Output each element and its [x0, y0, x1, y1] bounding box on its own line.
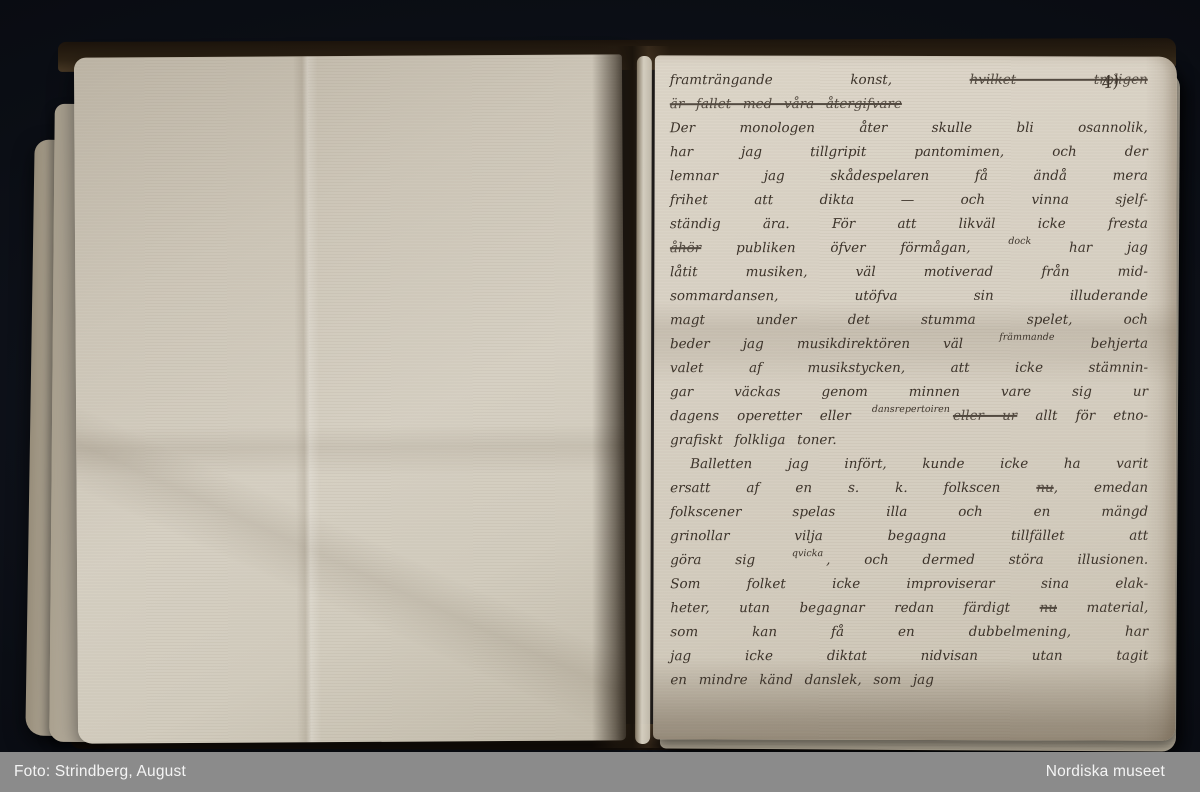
handwritten-text: folkscener spelas illa och en mängd: [670, 504, 1148, 520]
manuscript-line: ständig ära. För att likväl icke fresta: [670, 212, 1148, 236]
manuscript-line: åhör publiken öfver förmågan, dock har j…: [670, 236, 1148, 260]
handwritten-text: grafiskt folkliga toner.: [670, 432, 837, 448]
museum-name-label: Nordiska museet: [1046, 763, 1165, 781]
handwritten-text: Som folket icke improviserar sina elak-: [670, 576, 1148, 592]
manuscript-line: har jag tillgripit pantomimen, och der: [670, 140, 1148, 164]
manuscript-line: jag icke diktat nidvisan utan tagit: [670, 644, 1148, 668]
manuscript-line: beder jag musikdirektören väl främmande …: [670, 332, 1148, 356]
gutter-page-curl-highlight: [635, 56, 652, 744]
manuscript-line: en mindre känd danslek, som jag: [670, 668, 1148, 692]
handwritten-text: som kan få en dubbelmening, har: [670, 624, 1148, 640]
left-page-fold-creases: [74, 54, 626, 743]
handwritten-text: sommardansen, utöfva sin illuderande: [670, 288, 1148, 304]
handwritten-text: Der monologen åter skulle bli osannolik,: [670, 120, 1148, 136]
manuscript-line: valet af musikstycken, att icke stämnin-: [670, 356, 1148, 380]
manuscript-line: framträngande konst, hvilket troligen: [670, 68, 1148, 92]
manuscript-line: grafiskt folkliga toner.: [670, 428, 1148, 452]
manuscript-text: framträngande konst, hvilket troligenär …: [670, 68, 1149, 692]
handwritten-text: frihet att dikta — och vinna sjelf-: [670, 192, 1148, 208]
handwritten-text: behjerta: [1057, 336, 1148, 352]
blank-left-page: [74, 54, 626, 743]
handwritten-text: Balletten jag infört, kunde icke ha vari…: [690, 456, 1148, 472]
manuscript-line: göra sig qvicka, och dermed störa illusi…: [670, 548, 1148, 572]
manuscript-line: frihet att dikta — och vinna sjelf-: [670, 188, 1148, 212]
photographer-credit-label: Foto: Strindberg, August: [14, 763, 186, 781]
manuscript-line: ersatt af en s. k. folkscen nu, emedan: [670, 476, 1148, 500]
manuscript-line: magt under det stumma spelet, och: [670, 308, 1148, 332]
struck-through-text: hvilket troligen: [970, 72, 1148, 88]
manuscript-line: är fallet med våra återgifvare: [670, 92, 1148, 116]
handwritten-text: låtit musiken, väl motiverad från mid-: [670, 264, 1148, 280]
handwritten-text: en mindre känd danslek, som jag: [670, 672, 934, 688]
handwritten-text: lemnar jag skådespelaren få ändå mera: [670, 168, 1148, 184]
handwritten-text: ständig ära. För att likväl icke fresta: [670, 216, 1148, 232]
handwritten-text: material,: [1057, 600, 1148, 616]
manuscript-photo: 4) framträngande konst, hvilket troligen…: [0, 0, 1200, 752]
handwritten-text: allt för etno-: [1017, 408, 1148, 424]
manuscript-line: gar väckas genom minnen vare sig ur: [670, 380, 1148, 404]
handwritten-text: magt under det stumma spelet, och: [670, 312, 1148, 328]
manuscript-line: folkscener spelas illa och en mängd: [670, 500, 1148, 524]
struck-through-text: åhör: [670, 240, 701, 256]
handwritten-text: heter, utan begagnar redan färdigt: [670, 600, 1039, 616]
struck-through-text: nu: [1040, 600, 1057, 616]
caption-bar: Foto: Strindberg, August Nordiska museet: [0, 752, 1200, 792]
handwritten-text: gar väckas genom minnen vare sig ur: [670, 384, 1148, 400]
handwritten-text: valet af musikstycken, att icke stämnin-: [670, 360, 1148, 376]
handwritten-text: ersatt af en s. k. folkscen: [670, 480, 1036, 496]
manuscript-line: dagens operetter eller dansrepertoirenel…: [670, 404, 1148, 428]
struck-through-text: eller ur: [953, 408, 1017, 424]
handwritten-right-page: 4) framträngande konst, hvilket troligen…: [653, 55, 1177, 740]
manuscript-line: grinollar vilja begagna tillfället att: [670, 524, 1148, 548]
handwritten-text: jag icke diktat nidvisan utan tagit: [670, 648, 1148, 664]
handwritten-text: har jag: [1034, 240, 1148, 256]
manuscript-line: sommardansen, utöfva sin illuderande: [670, 284, 1148, 308]
manuscript-line: som kan få en dubbelmening, har: [670, 620, 1148, 644]
manuscript-line: låtit musiken, väl motiverad från mid-: [670, 260, 1148, 284]
manuscript-line: Balletten jag infört, kunde icke ha vari…: [670, 452, 1148, 476]
manuscript-line: heter, utan begagnar redan färdigt nu ma…: [670, 596, 1148, 620]
handwritten-text: , och dermed störa illusionen.: [826, 552, 1148, 568]
manuscript-line: Som folket icke improviserar sina elak-: [670, 572, 1148, 596]
handwritten-text: har jag tillgripit pantomimen, och der: [670, 144, 1148, 160]
manuscript-line: lemnar jag skådespelaren få ändå mera: [670, 164, 1148, 188]
handwritten-text: framträngande konst,: [670, 72, 970, 88]
handwritten-text: , emedan: [1054, 480, 1148, 496]
struck-through-text: är fallet med våra återgifvare: [670, 96, 902, 112]
handwritten-text: dagens operetter eller: [670, 408, 869, 424]
struck-through-text: nu: [1036, 480, 1053, 496]
handwritten-text: göra sig: [670, 552, 789, 568]
handwritten-text: beder jag musikdirektören väl: [670, 336, 996, 352]
handwritten-text: publiken öfver förmågan,: [701, 240, 1005, 256]
manuscript-line: Der monologen åter skulle bli osannolik,: [670, 116, 1148, 140]
handwritten-text: grinollar vilja begagna tillfället att: [670, 528, 1148, 544]
